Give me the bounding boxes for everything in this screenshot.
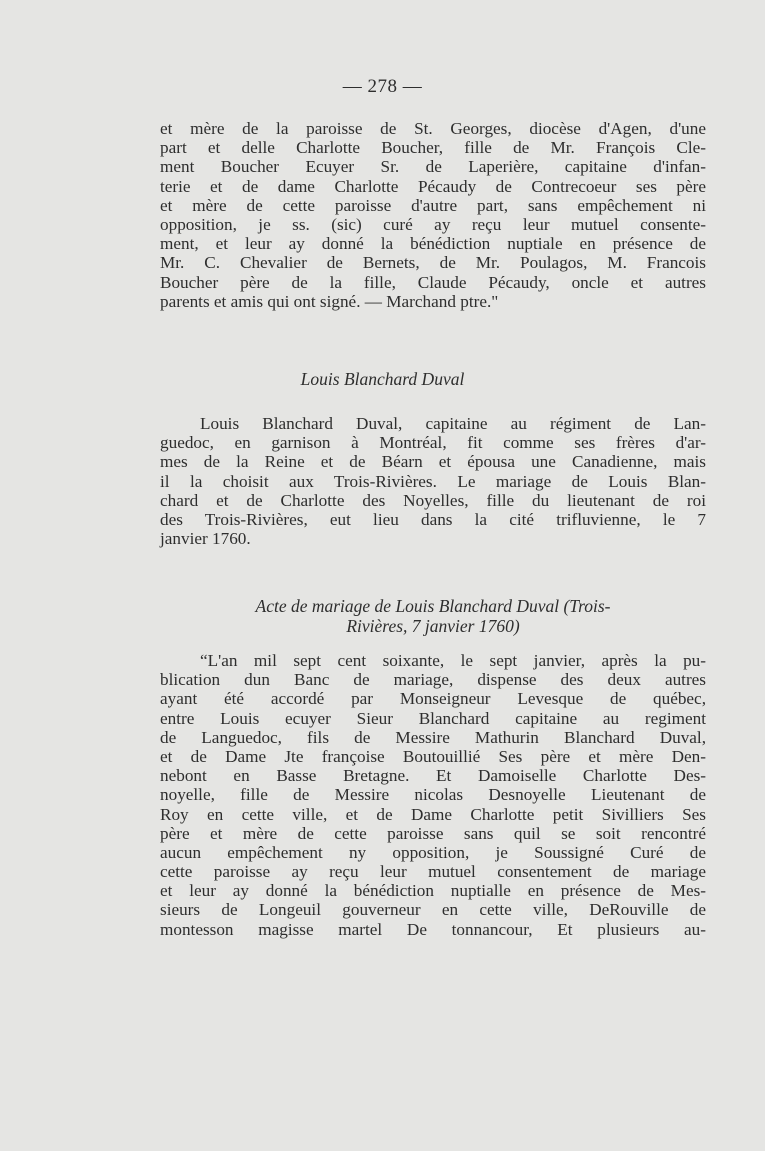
text-line: et de Dame Jte françoise Boutouillié Ses… (160, 747, 706, 766)
text-line: et leur ay donné la bénédiction nuptiall… (160, 881, 706, 900)
text-line: et mère de cette paroisse d'autre part, … (160, 196, 706, 215)
text-line: et mère de la paroisse de St. Georges, d… (160, 119, 706, 138)
text-line: Boucher père de la fille, Claude Pécaudy… (160, 273, 706, 292)
text-line: guedoc, en garnison à Montréal, fit comm… (160, 433, 706, 452)
text-line: Mr. C. Chevalier de Bernets, de Mr. Poul… (160, 253, 706, 272)
text-line: sieurs de Longeuil gouverneur en cette v… (160, 900, 706, 919)
subsection-heading: Acte de mariage de Louis Blanchard Duval… (160, 596, 706, 636)
text-line: terie et de dame Charlotte Pécaudy de Co… (160, 177, 706, 196)
paragraph-biography: Louis Blanchard Duval, capitaine au régi… (160, 414, 706, 548)
text-line: blication dun Banc de mariage, dispense … (160, 670, 706, 689)
text-line: chard et de Charlotte des Noyelles, fill… (160, 491, 706, 510)
text-line: janvier 1760. (160, 529, 706, 548)
page-number: — 278 — (0, 76, 765, 98)
text-line: nebont en Basse Bretagne. Et Damoiselle … (160, 766, 706, 785)
text-line: “L'an mil sept cent soixante, le sept ja… (160, 651, 706, 670)
text-line: aucun empêchement ny opposition, je Sous… (160, 843, 706, 862)
text-line: entre Louis ecuyer Sieur Blanchard capit… (160, 709, 706, 728)
text-line: opposition, je ss. (sic) curé ay reçu le… (160, 215, 706, 234)
text-line: de Languedoc, fils de Messire Mathurin B… (160, 728, 706, 747)
text-line: cette paroisse ay reçu leur mutuel conse… (160, 862, 706, 881)
text-line: parents et amis qui ont signé. — Marchan… (160, 292, 706, 311)
text-line: ment Boucher Ecuyer Sr. de Laperière, ca… (160, 157, 706, 176)
text-line: mes de la Reine et de Béarn et épousa un… (160, 452, 706, 471)
section-heading: Louis Blanchard Duval (0, 369, 765, 390)
text-line: Roy en cette ville, et de Dame Charlotte… (160, 805, 706, 824)
text-line: Louis Blanchard Duval, capitaine au régi… (160, 414, 706, 433)
text-line: montesson magisse martel De tonnancour, … (160, 920, 706, 939)
text-line: père et mère de cette paroisse sans quil… (160, 824, 706, 843)
text-line: noyelle, fille de Messire nicolas Desnoy… (160, 785, 706, 804)
heading-line: Acte de mariage de Louis Blanchard Duval… (160, 596, 706, 616)
paragraph-marriage-act: “L'an mil sept cent soixante, le sept ja… (160, 651, 706, 939)
text-line: ment, et leur ay donné la bénédiction nu… (160, 234, 706, 253)
text-line: ayant été accordé par Monseigneur Levesq… (160, 689, 706, 708)
text-line: il la choisit aux Trois-Rivières. Le mar… (160, 472, 706, 491)
paragraph-marriage-record-end: et mère de la paroisse de St. Georges, d… (160, 119, 706, 311)
heading-line: Rivières, 7 janvier 1760) (160, 616, 706, 636)
text-line: part et delle Charlotte Boucher, fille d… (160, 138, 706, 157)
text-line: des Trois-Rivières, eut lieu dans la cit… (160, 510, 706, 529)
